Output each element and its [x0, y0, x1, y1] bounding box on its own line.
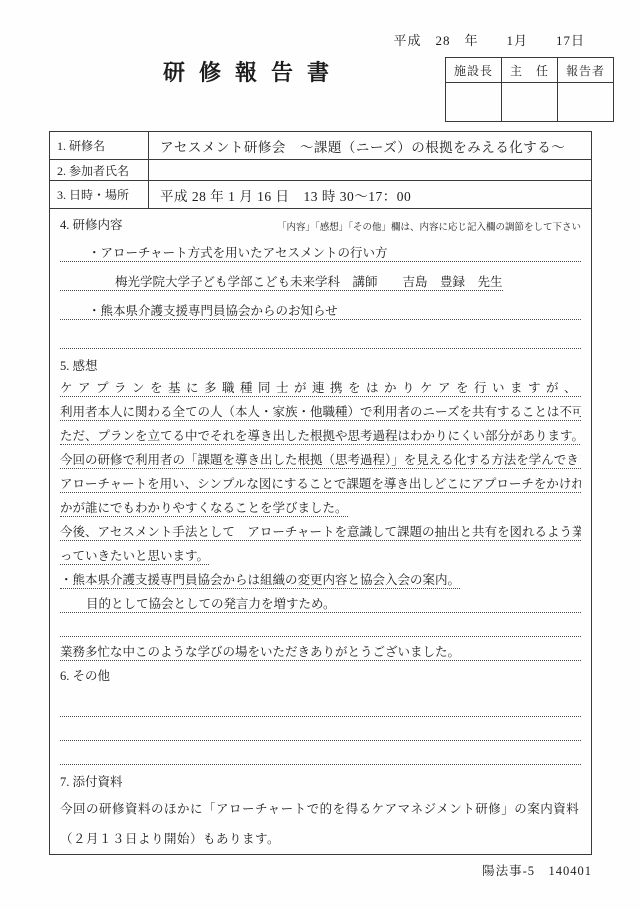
stamp-cell-chief [502, 83, 558, 122]
report-line: かが誰にでもわかりやすくなることを学びました。 [60, 493, 581, 517]
section-4-header: 4. 研修内容 「内容」「感想」「その他」欄は、内容に応じ記入欄の調節をして下さ… [60, 216, 581, 233]
ruled-line [60, 613, 581, 637]
report-line: ・熊本県介護支援専門員協会からのお知らせ [60, 291, 581, 320]
row-label: 1. 研修名 [50, 132, 149, 159]
row-value [149, 160, 591, 180]
row-training-name: 1. 研修名 アセスメント研修会 ～課題（ニーズ）の根拠をみえる化する～ [50, 132, 591, 160]
report-line: 今後、アセスメント手法として アローチャートを意識して課題の抽出と共有を図れるよ… [60, 517, 581, 541]
ruled-line [60, 320, 581, 349]
stamp-cell-facility-director [446, 83, 502, 122]
section-4-training-content: 4. 研修内容 「内容」「感想」「その他」欄は、内容に応じ記入欄の調節をして下さ… [50, 216, 591, 349]
footer-form-code: 陽法事-5 140401 [482, 861, 592, 879]
report-date: 平成 28 年 1月 17日 [393, 30, 585, 49]
report-line: ただ、プランを立てる中でそれを導き出した根拠や思考過程はわかりにくい部分がありま… [60, 421, 581, 445]
section-7-label: 7. 添付資料 [60, 772, 581, 789]
section-5-impressions: 5. 感想 ケアプランを基に多職種同士が連携をはかりケアを行いますが、 利用者本… [50, 356, 591, 661]
row-datetime-place: 3. 日時・場所 平成 28 年 1 月 16 日 13 時 30～17：00 [50, 181, 591, 209]
approval-stamp-table: 施設長 主 任 報告者 [445, 57, 614, 122]
stamp-header-reporter: 報告者 [558, 58, 614, 83]
section-6-other: 6. その他 [50, 666, 591, 765]
ruled-line [60, 717, 581, 741]
report-line: っていきたいと思います。 [60, 541, 581, 565]
stamp-header-row: 施設長 主 任 報告者 [446, 58, 614, 83]
row-value: 平成 28 年 1 月 16 日 13 時 30～17：00 [149, 181, 591, 208]
row-label: 3. 日時・場所 [50, 181, 149, 208]
report-line: 利用者本人に関わる全ての人（本人・家族・他職種）で利用者のニーズを共有することは… [60, 397, 581, 421]
section-7-text: 今回の研修資料のほかに「アローチャートで的を得るケアマネジメント研修」の案内資料… [60, 794, 581, 854]
ruled-line [60, 693, 581, 717]
row-participants: 2. 参加者氏名 [50, 160, 591, 181]
report-line: ・アローチャート方式を用いたアセスメントの行い方 [60, 233, 581, 262]
report-line: アローチャートを用い、シンプルな図にすることで課題を導き出しどこにアプローチをか… [60, 469, 581, 493]
row-value: アセスメント研修会 ～課題（ニーズ）の根拠をみえる化する～ [149, 132, 591, 159]
report-line: 梅光学院大学子ども学部こども未来学科 講師 吉島 豊録 先生 [60, 262, 581, 291]
row-label: 2. 参加者氏名 [50, 160, 149, 180]
section-4-note: 「内容」「感想」「その他」欄は、内容に応じ記入欄の調節をして下さい [277, 219, 581, 233]
report-line: ケアプランを基に多職種同士が連携をはかりケアを行いますが、 [60, 373, 581, 397]
section-7-attachments: 7. 添付資料 今回の研修資料のほかに「アローチャートで的を得るケアマネジメント… [50, 772, 591, 854]
stamp-header-facility-director: 施設長 [446, 58, 502, 83]
report-line: 今回の研修で利用者の「課題を導き出した根拠（思考過程）」を見える化する方法を学ん… [60, 445, 581, 469]
ruled-line [60, 741, 581, 765]
stamp-header-chief: 主 任 [502, 58, 558, 83]
section-6-label: 6. その他 [60, 666, 581, 683]
stamp-cell-reporter [558, 83, 614, 122]
section-5-label: 5. 感想 [60, 356, 581, 373]
page-title: 研修報告書 [163, 56, 343, 87]
stamp-blank-row [446, 83, 614, 122]
report-page: 平成 28 年 1月 17日 研修報告書 施設長 主 任 報告者 1. 研修名 … [0, 0, 640, 910]
report-table: 1. 研修名 アセスメント研修会 ～課題（ニーズ）の根拠をみえる化する～ 2. … [49, 131, 592, 855]
report-line: ・熊本県介護支援専門員協会からは組織の変更内容と協会入会の案内。 [60, 565, 581, 589]
section-4-label: 4. 研修内容 [60, 215, 123, 233]
report-line: 目的として協会としての発言力を増すため。 [60, 589, 581, 613]
report-line: 業務多忙な中このような学びの場をいただきありがとうございました。 [60, 637, 581, 661]
